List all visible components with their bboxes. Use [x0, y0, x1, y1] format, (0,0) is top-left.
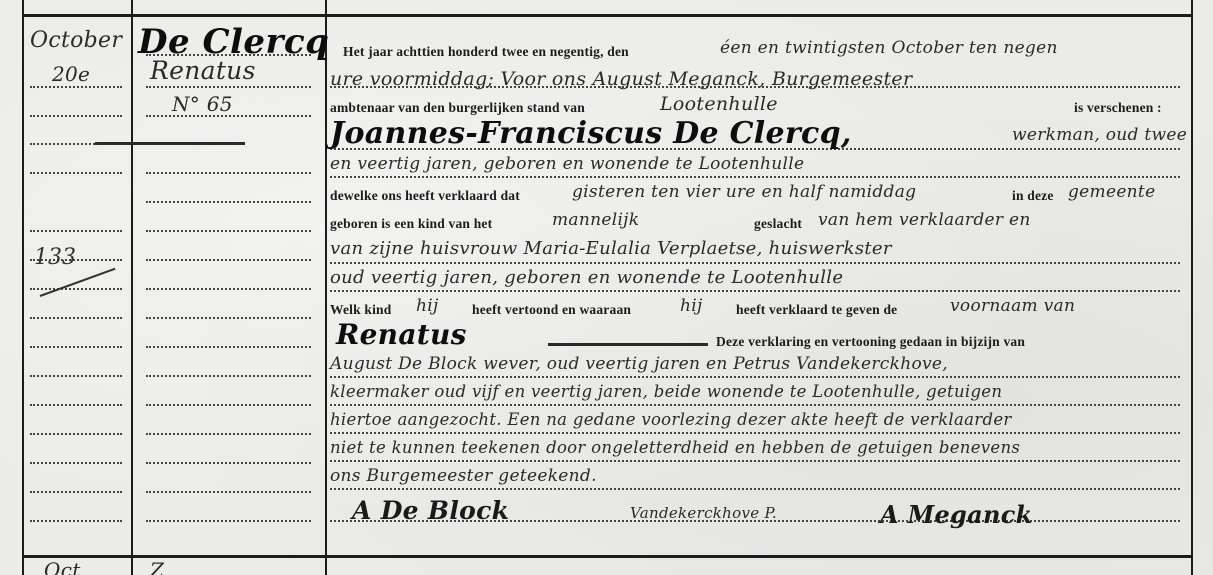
- body-line9-hand: oud veertig jaren, geboren en wonende te…: [330, 267, 843, 288]
- body-guide-line: [330, 404, 1180, 406]
- body-line3-print-b: is verschenen :: [1074, 100, 1162, 116]
- child-given-name: Renatus: [336, 318, 467, 351]
- signature-witness2: Vandekerckhove P.: [630, 504, 777, 522]
- margin-entry-number: N° 65: [172, 92, 233, 116]
- margin-guide-line: [30, 462, 122, 464]
- body-line6-print-b: in deze: [1012, 188, 1054, 204]
- signature-mayor: A Meganck: [880, 500, 1033, 529]
- body-line11-print: Deze verklaring en vertooning gedaan in …: [716, 334, 1025, 350]
- margin-guide-line: [146, 404, 311, 406]
- body-line13-hand: kleermaker oud vijf en veertig jaren, be…: [330, 382, 1002, 401]
- margin-folio-number: 133: [34, 245, 76, 270]
- margin-column-divider: [131, 0, 133, 575]
- register-page: October 20e De Clercq Renatus N° 65 133 …: [0, 0, 1213, 575]
- margin-folio-strike: [40, 268, 116, 297]
- margin-guide-line: [146, 375, 311, 377]
- margin-guide-line: [146, 288, 311, 290]
- margin-guide-line: [146, 230, 311, 232]
- margin-guide-line: [30, 375, 122, 377]
- body-line16-hand: ons Burgemeester geteekend.: [330, 466, 597, 486]
- margin-guide-line: [30, 317, 122, 319]
- body-line6-hand-b: gemeente: [1068, 182, 1155, 202]
- margin-guide-line: [146, 433, 311, 435]
- body-guide-line: [330, 290, 1180, 292]
- margin-date-day: 20e: [52, 62, 90, 86]
- body-guide-line: [330, 376, 1180, 378]
- body-line8-hand: van zijne huisvrouw Maria-Eulalia Verpla…: [330, 238, 892, 259]
- body-line3-print-a: ambtenaar van den burgerlijken stand van: [330, 100, 585, 116]
- body-line10-print-a: Welk kind: [330, 302, 391, 318]
- next-entry-name-fragment: Z: [150, 558, 164, 575]
- body-guide-line: [330, 488, 1180, 490]
- body-line10-hand-c: voornaam van: [950, 296, 1075, 316]
- name-fill-line: [548, 343, 708, 346]
- body-line7-print-a: geboren is een kind van het: [330, 216, 492, 232]
- body-line3-hand: Lootenhulle: [660, 93, 778, 115]
- margin-guide-line: [30, 230, 122, 232]
- body-column-divider: [325, 0, 327, 575]
- margin-guide-line: [146, 346, 311, 348]
- margin-guide-line: [30, 491, 122, 493]
- body-line10-hand-b: hij: [680, 296, 703, 316]
- body-line12-hand: August De Block wever, oud veertig jaren…: [330, 354, 948, 374]
- margin-guide-line: [146, 86, 311, 88]
- body-line6-print-a: dewelke ons heeft verklaard dat: [330, 188, 520, 204]
- body-line7-hand-a: mannelijk: [552, 210, 639, 230]
- margin-guide-line: [30, 404, 122, 406]
- margin-guide-line: [30, 346, 122, 348]
- margin-guide-line: [146, 201, 311, 203]
- margin-guide-line: [146, 317, 311, 319]
- body-guide-line: [330, 460, 1180, 462]
- margin-guide-line: [146, 491, 311, 493]
- margin-guide-line: [146, 172, 311, 174]
- signature-witness1: A De Block: [352, 496, 509, 525]
- margin-guide-line: [146, 462, 311, 464]
- margin-guide-line: [30, 288, 122, 290]
- body-line15-hand: niet te kunnen teekenen door ongeletterd…: [330, 438, 1020, 457]
- body-line4-hand: werkman, oud twee: [1012, 125, 1187, 145]
- margin-guide-line: [146, 259, 311, 261]
- margin-guide-line: [30, 115, 122, 117]
- body-line7-print-b: geslacht: [754, 216, 802, 232]
- margin-guide-line: [30, 86, 122, 88]
- margin-entry-separator: [95, 142, 245, 145]
- body-line10-hand-a: hij: [416, 296, 439, 316]
- margin-guide-line: [30, 172, 122, 174]
- body-guide-line: [330, 262, 1180, 264]
- body-line5-hand: en veertig jaren, geboren en wonende te …: [330, 154, 804, 174]
- body-line2-hand: ure voormiddag; Voor ons August Meganck,…: [330, 68, 912, 90]
- body-guide-line: [330, 432, 1180, 434]
- father-name: Joannes-Franciscus De Clercq,: [330, 116, 852, 151]
- entry-bottom-border: [22, 555, 1193, 558]
- margin-guide-line: [146, 520, 311, 522]
- body-line14-hand: hiertoe aangezocht. Een na gedane voorle…: [330, 410, 1012, 429]
- margin-date-month: October: [30, 28, 122, 53]
- left-page-edge-rule: [22, 0, 24, 575]
- body-line10-print-c: heeft verklaard te geven de: [736, 302, 897, 318]
- body-line6-hand-a: gisteren ten vier ure en half namiddag: [572, 182, 916, 202]
- margin-guide-line: [30, 433, 122, 435]
- body-line1-hand: éen en twintigsten October ten negen: [720, 38, 1058, 58]
- margin-guide-line: [30, 520, 122, 522]
- body-guide-line: [330, 176, 1180, 178]
- margin-given-name: Renatus: [150, 56, 256, 85]
- body-line1-print: Het jaar achttien honderd twee en negent…: [343, 44, 629, 60]
- next-entry-month-fragment: Oct: [44, 558, 81, 575]
- right-page-edge-rule: [1191, 0, 1193, 575]
- body-line7-hand-b: van hem verklaarder en: [818, 210, 1031, 230]
- body-line10-print-b: heeft vertoond en waaraan: [472, 302, 631, 318]
- entry-top-border: [22, 14, 1193, 17]
